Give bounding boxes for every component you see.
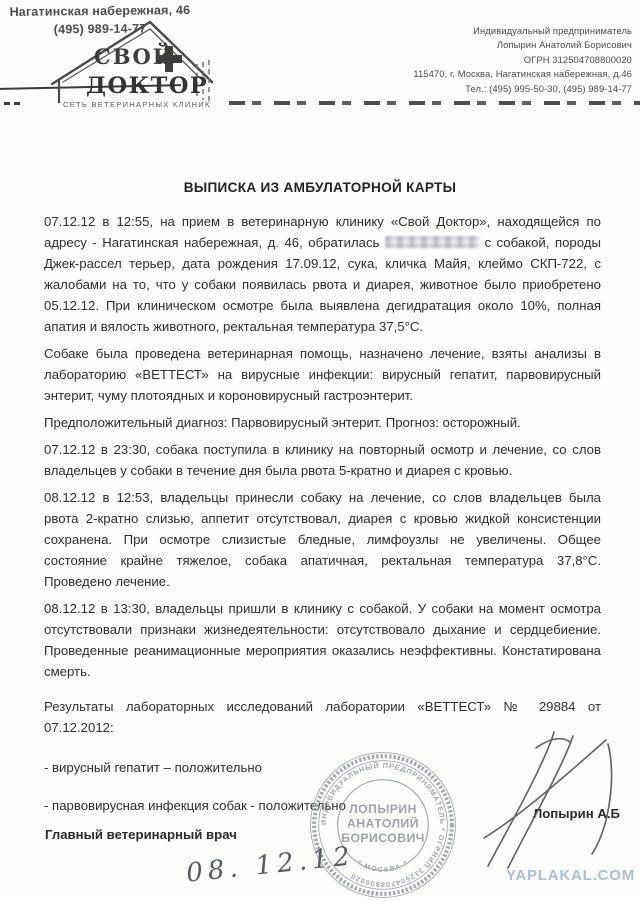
paragraph-diagnosis: Предположительный диагноз: Парвовирусный… bbox=[44, 412, 601, 433]
logo-word-doctor: ДОКТОР bbox=[86, 73, 208, 99]
clinic-logo: СВОЙ ДОКТОР bbox=[50, 16, 216, 106]
company-line: Тел.: (495) 995-50-30, (495) 989-14-77 bbox=[413, 82, 632, 96]
stamp-icon: ИНДИВИДУАЛЬНЫЙ ПРЕДПРИНИМАТЕЛЬ * ОГРНИП … bbox=[306, 748, 460, 901]
company-line: Лопырин Анатолий Борисович bbox=[413, 38, 632, 52]
document-title: ВЫПИСКА ИЗ АМБУЛАТОРНОЙ КАРТЫ bbox=[0, 180, 640, 195]
redacted-owner-name bbox=[385, 236, 479, 248]
paragraph-treatment: Собаке была проведена ветеринарная помощ… bbox=[44, 343, 601, 406]
stamp-name-line2: АНАТОЛИЙ bbox=[347, 816, 419, 831]
header-dash-rule bbox=[229, 101, 640, 105]
stamp-bottom-text: * МОСКВА * bbox=[356, 858, 410, 874]
stamp-name-line1: ЛОПЫРИН bbox=[349, 802, 417, 816]
paragraph-death: 08.12.12 в 13:30, владельцы пришли в кли… bbox=[44, 598, 601, 682]
svg-text:* МОСКВА *: * МОСКВА * bbox=[356, 858, 410, 874]
header-dash-left bbox=[4, 102, 21, 105]
paragraph-second-visit: 07.12.12 в 23:30, собака поступила в кли… bbox=[44, 439, 601, 481]
company-line: Индивидуальный предприниматель bbox=[413, 24, 632, 38]
round-stamp: ИНДИВИДУАЛЬНЫЙ ПРЕДПРИНИМАТЕЛЬ * ОГРНИП … bbox=[306, 748, 460, 901]
company-line: ОГРН 312504708800020 bbox=[413, 53, 632, 67]
signature-strokes-icon bbox=[458, 726, 634, 878]
watermark: YAPLAKAL.COM bbox=[506, 867, 635, 884]
house-logo-icon: СВОЙ ДОКТОР bbox=[50, 16, 216, 106]
paragraph-first-visit: 07.12.12 в 12:55, на прием в ветеринарну… bbox=[44, 211, 601, 337]
paragraph-third-visit: 08.12.12 в 12:53, владельцы принесли соб… bbox=[44, 487, 601, 592]
handwritten-signature bbox=[458, 726, 634, 878]
logo-tagline: СЕТЬ ВЕТЕРИНАРНЫХ КЛИНИК bbox=[63, 100, 211, 109]
signer-role: Главный ветеринарный врач bbox=[45, 827, 237, 842]
company-info-block: Индивидуальный предприниматель Лопырин А… bbox=[413, 24, 632, 96]
stamp-name-line3: БОРИСОВИЧ bbox=[341, 831, 425, 845]
scanned-veterinary-record: Нагатинская набережная, 46 (495) 989-14-… bbox=[0, 0, 640, 901]
company-line: 115470, г. Москва, Нагатинская набережна… bbox=[413, 67, 632, 81]
